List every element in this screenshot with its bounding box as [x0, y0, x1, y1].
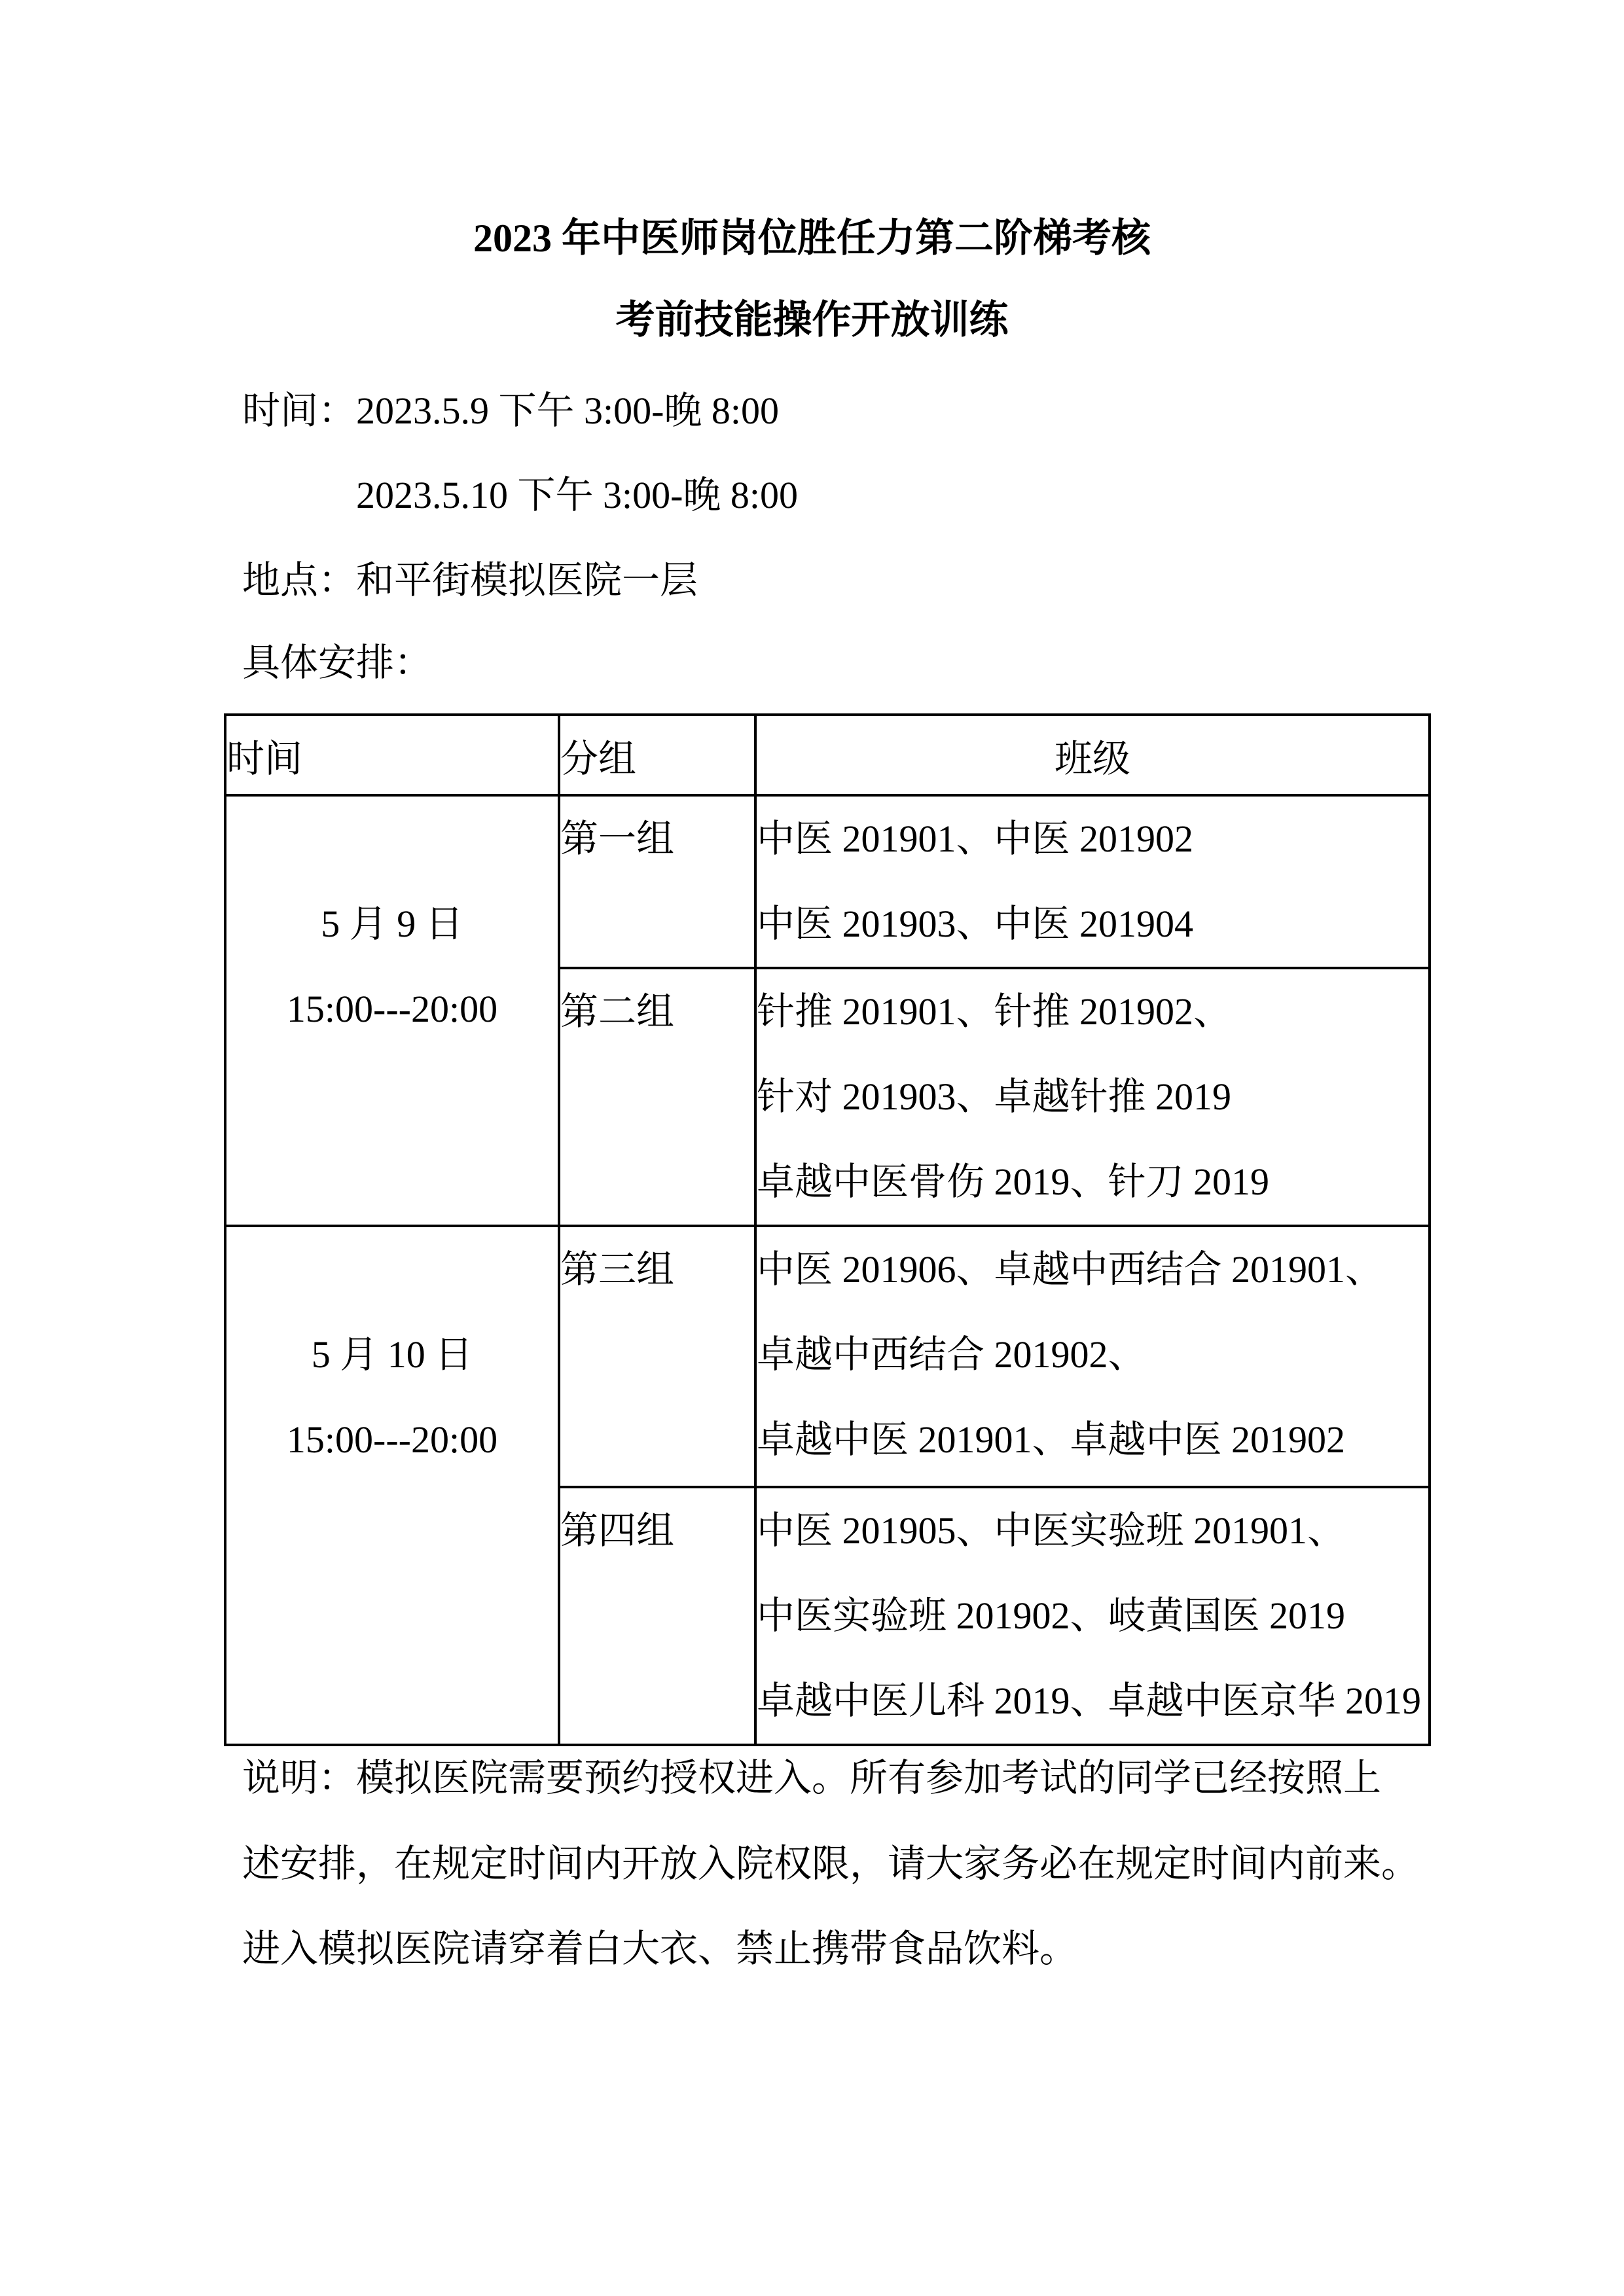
table-row-may10-group3: 5 月 10 日 15:00---20:00 第三组 中医 201906、卓越中…	[225, 1226, 1430, 1487]
group-name-3: 第三组	[560, 1227, 754, 1312]
info-schedule-label: 具体安排：	[242, 640, 432, 686]
class-line: 中医 201906、卓越中西结合 201901、	[757, 1227, 1428, 1312]
time-cell-spacer	[226, 1227, 558, 1312]
info-time-line1: 时间：2023.5.9 下午 3:00-晚 8:00	[242, 388, 779, 434]
class-line: 中医 201905、中医实验班 201901、	[757, 1488, 1428, 1573]
header-group: 分组	[559, 715, 755, 795]
group-name-1: 第一组	[560, 797, 754, 882]
group-name-2: 第二组	[560, 969, 754, 1054]
schedule-table: 时间 分组 班级 5 月 9 日 15:00---20:00 第一组 中医 20…	[224, 713, 1431, 1746]
table-row-may9-group1: 5 月 9 日 15:00---20:00 第一组 中医 201901、中医 2…	[225, 795, 1430, 968]
group-cell-2: 第二组	[559, 968, 755, 1226]
date-may9: 5 月 9 日	[226, 882, 558, 967]
header-time: 时间	[225, 715, 559, 795]
class-cell-2: 针推 201901、针推 201902、 针对 201903、卓越针推 2019…	[755, 968, 1430, 1226]
group-cell-3: 第三组	[559, 1226, 755, 1487]
table-header-row: 时间 分组 班级	[225, 715, 1430, 795]
time-cell-may10: 5 月 10 日 15:00---20:00	[225, 1226, 559, 1745]
time-cell-spacer	[226, 797, 558, 882]
class-line: 针推 201901、针推 201902、	[757, 969, 1428, 1054]
class-line: 卓越中医骨伤 2019、针刀 2019	[757, 1139, 1428, 1225]
time-range-may9: 15:00---20:00	[226, 967, 558, 1052]
class-line: 卓越中医 201901、卓越中医 201902	[757, 1397, 1428, 1482]
group-cell-1: 第一组	[559, 795, 755, 968]
time-range-may10: 15:00---20:00	[226, 1397, 558, 1482]
document-page: 2023 年中医师岗位胜任力第二阶梯考核 考前技能操作开放训练 时间：2023.…	[0, 0, 1624, 2296]
class-line: 卓越中西结合 201902、	[757, 1312, 1428, 1397]
document-title-line2: 考前技能操作开放训练	[0, 296, 1624, 344]
group-cell-4: 第四组	[559, 1487, 755, 1745]
header-classes: 班级	[755, 715, 1430, 795]
class-cell-1: 中医 201901、中医 201902 中医 201903、中医 201904	[755, 795, 1430, 968]
note-line-1: 说明：模拟医院需要预约授权进入。所有参加考试的同学已经按照上	[242, 1755, 1381, 1801]
class-line: 中医实验班 201902、岐黄国医 2019	[757, 1573, 1428, 1659]
group-name-4: 第四组	[560, 1488, 754, 1573]
note-line-2: 述安排，在规定时间内开放入院权限，请大家务必在规定时间内前来。	[242, 1841, 1419, 1887]
class-line: 针对 201903、卓越针推 2019	[757, 1054, 1428, 1139]
info-time-line2: 2023.5.10 下午 3:00-晚 8:00	[356, 473, 798, 518]
class-cell-3: 中医 201906、卓越中西结合 201901、 卓越中西结合 201902、 …	[755, 1226, 1430, 1487]
class-cell-4: 中医 201905、中医实验班 201901、 中医实验班 201902、岐黄国…	[755, 1487, 1430, 1745]
time-cell-may9: 5 月 9 日 15:00---20:00	[225, 795, 559, 1226]
date-may10: 5 月 10 日	[226, 1312, 558, 1397]
info-location-line: 地点：和平街模拟医院一层	[242, 558, 698, 603]
document-title-line1: 2023 年中医师岗位胜任力第二阶梯考核	[0, 215, 1624, 262]
note-line-3: 进入模拟医院请穿着白大衣、禁止携带食品饮料。	[242, 1926, 1077, 1972]
class-line: 中医 201903、中医 201904	[757, 882, 1428, 967]
class-line: 卓越中医儿科 2019、卓越中医京华 2019	[757, 1659, 1428, 1744]
class-line: 中医 201901、中医 201902	[757, 797, 1428, 882]
